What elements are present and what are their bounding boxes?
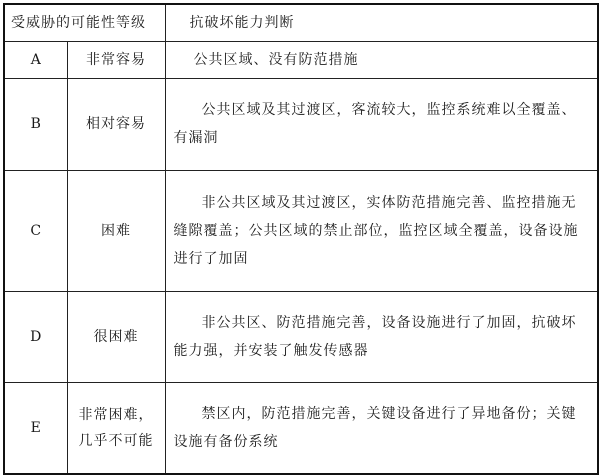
- table-row: C 困难 非公共区域及其过渡区，实体防范措施完善、监控措施无缝隙覆盖；公共区域的…: [4, 170, 598, 291]
- possibility-text-line-1: 非常困难，: [68, 402, 165, 428]
- judgement-cell: 禁区内，防范措施完善，关键设备进行了异地备份；关键设施有备份系统: [165, 382, 598, 474]
- possibility-text: 非常容易: [68, 47, 165, 73]
- judgement-cell: 非公共区、防范措施完善，设备设施进行了加固，抗破坏能力强，并安装了触发传感器: [165, 291, 598, 382]
- judgement-cell: 公共区域及其过渡区，客流较大，监控系统难以全覆盖、有漏洞: [165, 78, 598, 170]
- header-threat-level: 受威胁的可能性等级: [4, 4, 165, 41]
- possibility-cell: 非常容易: [67, 41, 165, 78]
- threat-level-table: 受威胁的可能性等级 抗破坏能力判断 A 非常容易 公共区域、没有防范措施 B 相…: [3, 3, 599, 475]
- table-header-row: 受威胁的可能性等级 抗破坏能力判断: [4, 4, 598, 41]
- possibility-cell: 相对容易: [67, 78, 165, 170]
- table-row: B 相对容易 公共区域及其过渡区，客流较大，监控系统难以全覆盖、有漏洞: [4, 78, 598, 170]
- header-resistance-judgement: 抗破坏能力判断: [165, 4, 598, 41]
- level-cell: B: [4, 78, 67, 170]
- table-row: E 非常困难， 几乎不可能 禁区内，防范措施完善，关键设备进行了异地备份；关键设…: [4, 382, 598, 474]
- level-cell: E: [4, 382, 67, 474]
- judgement-cell: 非公共区域及其过渡区，实体防范措施完善、监控措施无缝隙覆盖；公共区域的禁止部位，…: [165, 170, 598, 291]
- table-row: A 非常容易 公共区域、没有防范措施: [4, 41, 598, 78]
- level-cell: A: [4, 41, 67, 78]
- possibility-cell: 很困难: [67, 291, 165, 382]
- possibility-cell: 困难: [67, 170, 165, 291]
- possibility-text: 相对容易: [68, 111, 165, 137]
- level-cell: D: [4, 291, 67, 382]
- judgement-cell: 公共区域、没有防范措施: [165, 41, 598, 78]
- level-cell: C: [4, 170, 67, 291]
- possibility-text: 很困难: [68, 324, 165, 350]
- possibility-cell: 非常困难， 几乎不可能: [67, 382, 165, 474]
- possibility-text: 困难: [68, 218, 165, 244]
- table-row: D 很困难 非公共区、防范措施完善，设备设施进行了加固，抗破坏能力强，并安装了触…: [4, 291, 598, 382]
- possibility-text-line-2: 几乎不可能: [68, 428, 165, 454]
